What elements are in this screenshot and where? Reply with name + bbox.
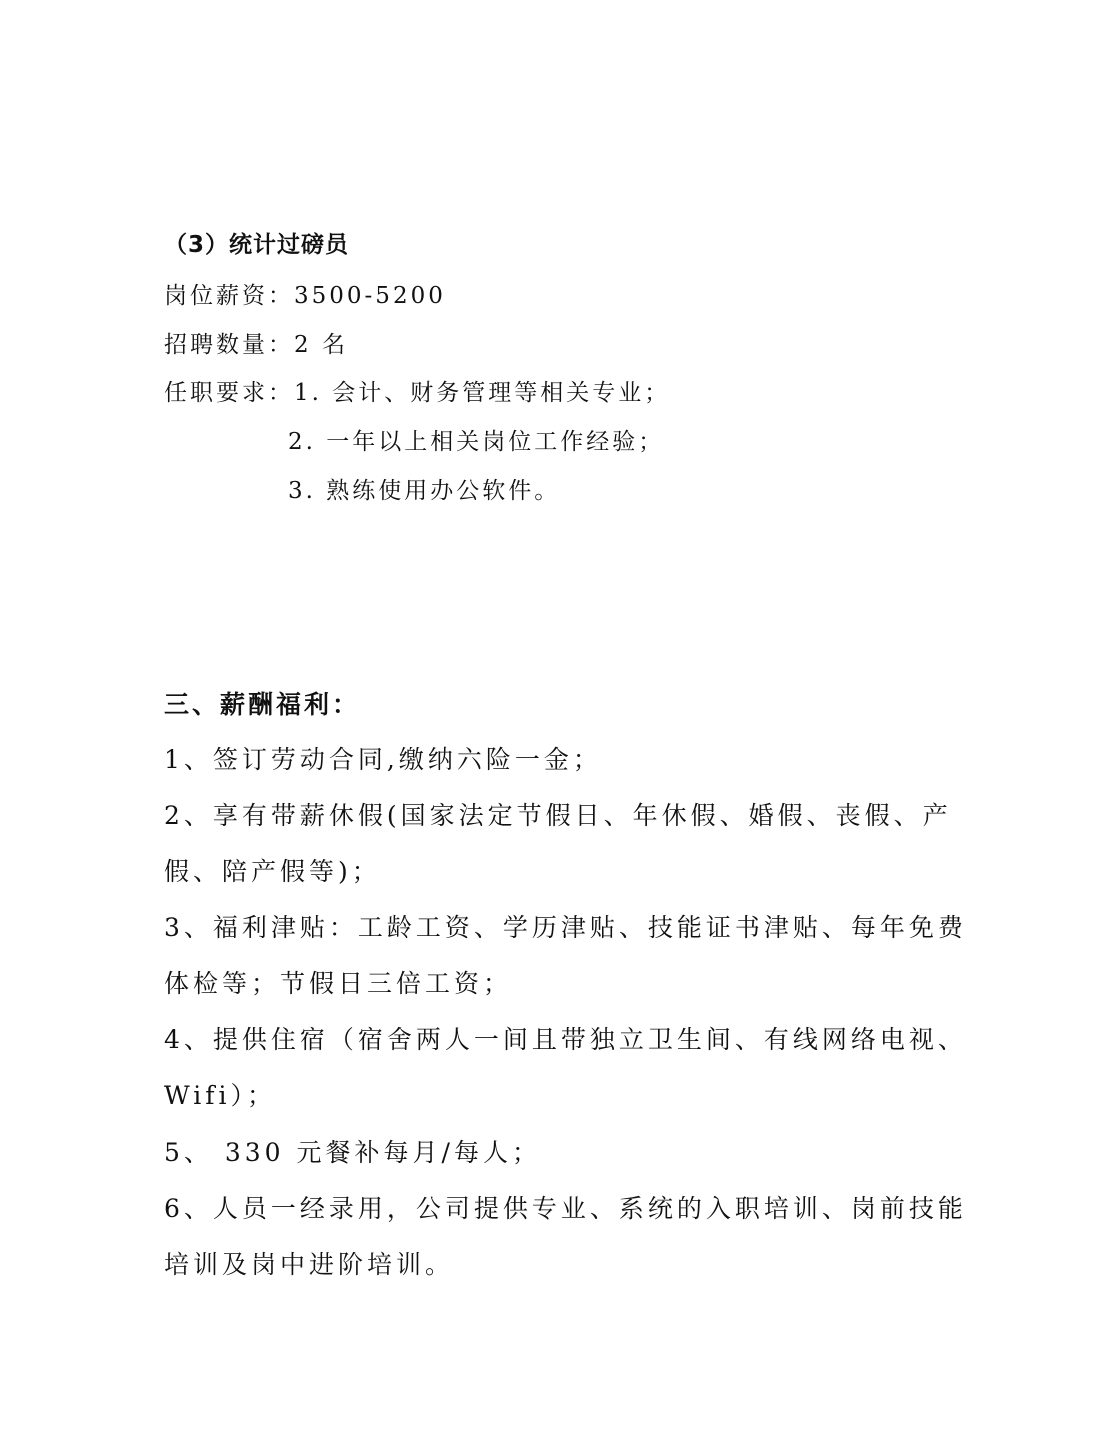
salary-row: 岗位薪资：3500-5200 xyxy=(164,281,446,311)
headcount-label: 招聘数量： xyxy=(164,332,294,358)
benefit-line: 5、 330 元餐补每月/每人； xyxy=(164,1138,541,1168)
benefit-line: 3、福利津贴：工龄工资、学历津贴、技能证书津贴、每年免费 xyxy=(164,913,967,943)
benefit-line: 6、人员一经录用，公司提供专业、系统的入职培训、岗前技能 xyxy=(164,1194,967,1224)
benefit-line: 4、提供住宿（宿舍两人一间且带独立卫生间、有线网络电视、 xyxy=(164,1025,967,1055)
benefit-line: 1、签订劳动合同,缴纳六险一金； xyxy=(164,745,602,775)
position-title: （3）统计过磅员 xyxy=(164,230,349,260)
salary-label: 岗位薪资： xyxy=(164,283,294,309)
requirements-label: 任职要求： xyxy=(164,380,294,406)
section-heading-benefits: 三、薪酬福利： xyxy=(164,690,360,720)
requirement-item: 2. 一年以上相关岗位工作经验； xyxy=(288,427,664,457)
headcount-value: 2 名 xyxy=(294,332,348,358)
benefit-line: Wifi）； xyxy=(164,1081,276,1111)
requirement-item: 3. 熟练使用办公软件。 xyxy=(288,476,560,506)
salary-value: 3500-5200 xyxy=(294,283,446,309)
benefit-line: 体检等；节假日三倍工资； xyxy=(164,969,512,999)
headcount-row: 招聘数量：2 名 xyxy=(164,330,348,360)
benefit-line: 2、享有带薪休假(国家法定节假日、年休假、婚假、丧假、产 xyxy=(164,801,952,831)
document-page: （3）统计过磅员 岗位薪资：3500-5200 招聘数量：2 名 任职要求：1.… xyxy=(0,0,1105,1430)
benefit-line: 培训及岗中进阶培训。 xyxy=(164,1250,454,1280)
benefit-line: 假、陪产假等)； xyxy=(164,857,381,887)
requirements-row: 任职要求：1. 会计、财务管理等相关专业； xyxy=(164,378,670,408)
requirement-item: 1. 会计、财务管理等相关专业； xyxy=(294,380,670,406)
